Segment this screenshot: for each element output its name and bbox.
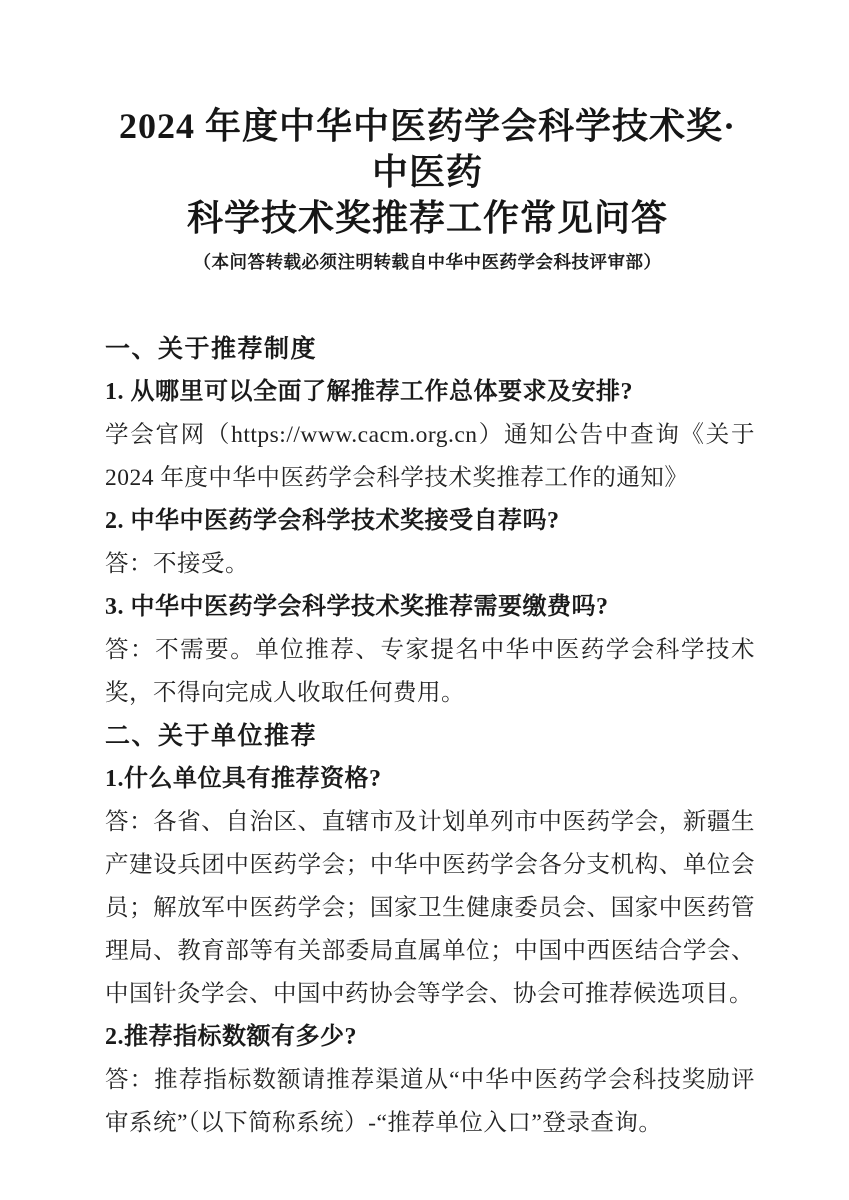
- answer-qualified-units: 答：各省、自治区、直辖市及计划单列市中医药学会，新疆生产建设兵团中医药学会；中华…: [105, 801, 755, 1016]
- answer-where-to-learn-requirements: 学会官网（https://www.cacm.org.cn）通知公告中查询《关于 …: [105, 414, 755, 500]
- page-title: 2024 年度中华中医药学会科学技术奖·中医药 科学技术奖推荐工作常见问答: [105, 103, 750, 241]
- answer-self-recommendation-accepted: 答：不接受。: [105, 543, 755, 586]
- question-quota-amount: 2.推荐指标数额有多少?: [105, 1016, 755, 1059]
- reprint-note: （本问答转载必须注明转载自中华中医药学会科技评审部）: [105, 249, 750, 275]
- section-heading-unit-recommendation: 二、关于单位推荐: [105, 715, 755, 758]
- answer-fee-required: 答：不需要。单位推荐、专家提名中华中医药学会科学技术奖，不得向完成人收取任何费用…: [105, 629, 755, 715]
- document-body: 一、关于推荐制度 1. 从哪里可以全面了解推荐工作总体要求及安排? 学会官网（h…: [105, 328, 755, 1145]
- document-page: 2024 年度中华中医药学会科学技术奖·中医药 科学技术奖推荐工作常见问答 （本…: [0, 0, 849, 1200]
- title-line-1: 2024 年度中华中医药学会科学技术奖·中医药: [105, 103, 750, 195]
- question-fee-required: 3. 中华中医药学会科学技术奖推荐需要缴费吗?: [105, 586, 755, 629]
- question-qualified-units: 1.什么单位具有推荐资格?: [105, 758, 755, 801]
- title-line-2: 科学技术奖推荐工作常见问答: [105, 195, 750, 241]
- question-self-recommendation-accepted: 2. 中华中医药学会科学技术奖接受自荐吗?: [105, 500, 755, 543]
- section-heading-recommendation-system: 一、关于推荐制度: [105, 328, 755, 371]
- answer-quota-amount: 答：推荐指标数额请推荐渠道从“中华中医药学会科技奖励评审系统”（以下简称系统）-…: [105, 1059, 755, 1145]
- question-where-to-learn-requirements: 1. 从哪里可以全面了解推荐工作总体要求及安排?: [105, 371, 755, 414]
